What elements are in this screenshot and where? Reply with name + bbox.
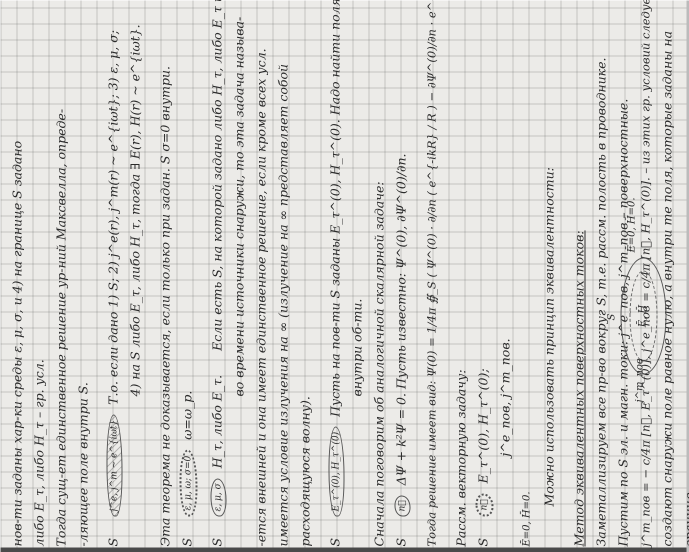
hatched-region-figure: j^e, j^m ~ e^{iωt}: [106, 414, 122, 516]
text-line: j^e_пов, j^m_пов.: [494, 10, 516, 546]
figure-label: S: [472, 520, 494, 546]
text-line: либо E_τ, либо H_τ – гр. усл.: [28, 10, 50, 546]
text-line: границе.: [678, 10, 689, 546]
external-problem-line: S ε, μ, σ H_τ, либо E_τ. Если есть S, на…: [206, 10, 228, 546]
figure-label: S: [390, 520, 412, 546]
section-heading: Метод эквивалентных поверхностных токов:: [568, 10, 590, 546]
figure-note: ω=ω_р.: [179, 390, 194, 439]
region-figure: ε, μ, σ: [210, 478, 226, 516]
vector-problem-line: S n⃗ E_τ^(0), H_τ^(0);: [472, 10, 494, 546]
region-figure: E_τ^(0), H_τ^(0): [328, 426, 344, 516]
figure-side-note: Ē=0, H̄=0.: [626, 197, 637, 252]
text-line: Если есть S, на которой задано либо H_τ,…: [209, 0, 224, 350]
text-line: во времени источники снаружи, то эта зад…: [228, 10, 250, 546]
text-line: ΔΨ + k²Ψ = 0. Пусть известно: Ψ^(0), ∂Ψ^…: [393, 153, 408, 485]
text-line: внутри об-ти.: [346, 10, 368, 546]
field-given-line: S E_τ^(0), H_τ^(0) Пусть на пов-ти S зад…: [324, 10, 346, 546]
text-line: E_τ^(0), H_τ^(0);: [475, 368, 490, 483]
text-line: Тогда сущ-ет единственное решение ур-ний…: [50, 10, 72, 546]
spiky-region-figure: ε, μ, ω; σ=0: [179, 449, 197, 516]
notebook-page: нов-ти заданы хар-ки среды ε, μ, σ, и 4)…: [0, 0, 689, 552]
text-line: Пусть на пов-ти S заданы E_τ^(0), H_τ^(0…: [327, 0, 342, 416]
figure-label: S: [324, 520, 346, 546]
cavity-figure: Ē, H̄: [620, 257, 666, 374]
figure-label: S: [206, 520, 228, 546]
text-line: 4) на S либо E_τ, либо H_τ, тогда ∃ E(r)…: [124, 10, 146, 546]
figure-line: S ε, μ, ω; σ=0 ω=ω_р.: [176, 10, 198, 546]
text-line: Заметаллизируем все пр-во вокруг S, т.е.…: [590, 10, 612, 546]
text-line: Рассм. векторную задачу:: [450, 10, 472, 546]
normal-vector-figure: n⃗: [394, 495, 410, 516]
text-line: имеется условие излучения на ∞ (излучени…: [272, 10, 294, 546]
text-line: нов-ти заданы хар-ки среды ε, μ, σ, и 4)…: [6, 10, 28, 546]
text-line: Эта теорема не доказывается, если только…: [154, 10, 176, 546]
text-line: -ется внешней и она имеет единственное р…: [250, 10, 272, 546]
scalar-eq-line: S n⃗ ΔΨ + k²Ψ = 0. Пусть известно: Ψ^(0)…: [390, 10, 412, 546]
figure-below-note: Ē=0, H̄=0.: [516, 10, 538, 546]
text-line: расходящуюся волну).: [294, 10, 316, 546]
conditions-line: S j^e, j^m ~ e^{iωt} Т.о. если дано 1) S…: [102, 10, 124, 546]
text-line: Сначала поговорим об аналогичной скалярн…: [368, 10, 390, 546]
text-line: -ляющее поле внутри S.: [72, 10, 94, 546]
current-arrow-label: j^m_пов: [634, 358, 645, 402]
figure-label: S: [606, 313, 617, 320]
figure-label: S: [176, 520, 198, 546]
text-line: Можно использовать принцип эквивалентнос…: [538, 10, 560, 546]
figure-side-note: H_τ, либо E_τ.: [209, 374, 224, 467]
text-line: Т.о. если дано 1) S; 2) j^e(r), j^m(r) ~…: [105, 30, 120, 405]
inner-dashed-contour: Ē, H̄: [629, 270, 657, 361]
kirchhoff-formula: Тогда решение имеет вид: Ψ(0) = 1/4π ∯_S…: [420, 10, 442, 546]
spiky-region-figure: n⃗: [475, 493, 493, 516]
page-edge: [0, 547, 689, 552]
figure-label: S: [102, 520, 124, 546]
